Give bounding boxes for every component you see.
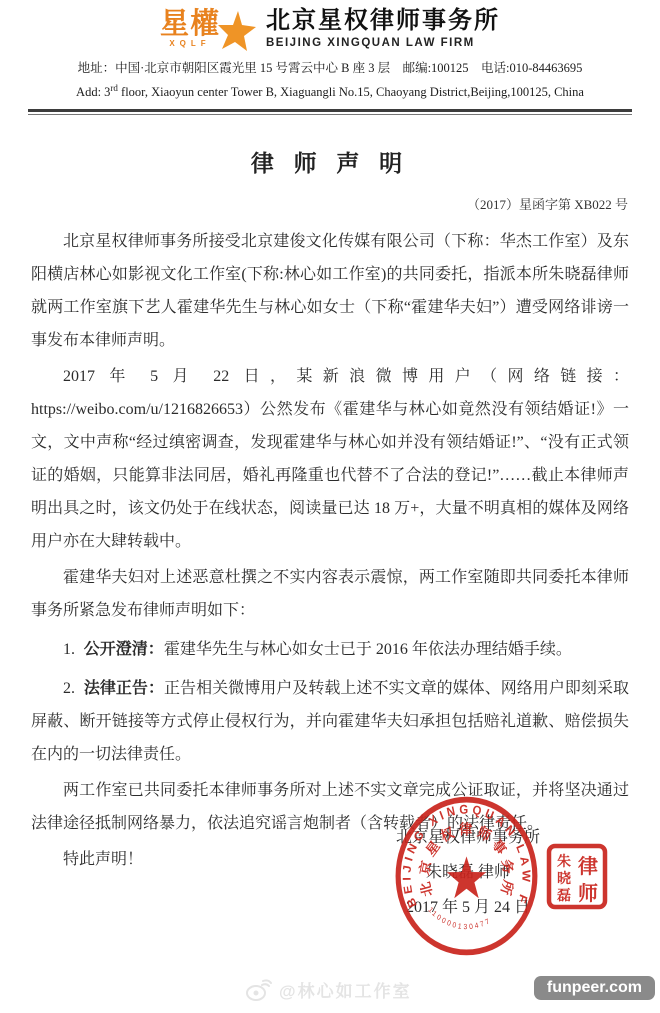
- statement-item-2: 2.法律正告：正告相关微博用户及转载上述不实文章的媒体、网络用户即刻采取屏蔽、断…: [31, 672, 629, 771]
- seal-star-icon: [447, 856, 486, 898]
- round-firm-seal: BEIJING XINGQUAN LAW FIRM 北京星权律师事务所 1100…: [394, 795, 539, 957]
- letterhead: 星權 XQLF 北京星权律师事务所 BEIJING XINGQUAN LAW F…: [0, 0, 660, 115]
- letterhead-divider: [28, 109, 632, 115]
- address-block: 地址：中国·北京市朝阳区霞光里 15 号霄云中心 B 座 3 层 邮编:1001…: [0, 58, 660, 102]
- logo-mark-text: 星權: [160, 9, 220, 39]
- seal-char: 磊: [557, 887, 571, 904]
- site-badge: funpeer.com: [534, 976, 655, 1000]
- paragraph-incident: 2017 年 5 月 22 日，某新浪微博用户（网络链接：https://wei…: [31, 360, 629, 558]
- seal-char: 晓: [557, 870, 571, 887]
- logo-mark: 星權 XQLF: [160, 9, 250, 48]
- statement-item-1: 1.公开澄清：霍建华先生与林心如女士已于 2016 年依法办理结婚手续。: [31, 633, 629, 666]
- weibo-watermark: @林心如工作室: [246, 977, 412, 1002]
- firm-name-cn: 北京星权律师事务所: [266, 7, 500, 35]
- address-line-en: Add: 3rd floor, Xiaoyun center Tower B, …: [0, 78, 660, 102]
- item-number: 2.: [63, 680, 75, 697]
- logo-mark-letters: XQLF: [160, 39, 220, 48]
- seal-char: 律: [578, 854, 598, 878]
- seal-char: 师: [578, 881, 598, 905]
- address-line-cn: 地址：中国·北京市朝阳区霞光里 15 号霄云中心 B 座 3 层 邮编:1001…: [0, 58, 660, 78]
- item-lead: 法律正告：: [84, 680, 164, 697]
- law-firm-statement-document: 星權 XQLF 北京星权律师事务所 BEIJING XINGQUAN LAW F…: [0, 0, 660, 1013]
- seal-serial-number: 110000130477: [427, 906, 493, 932]
- star-icon: [216, 9, 256, 53]
- paragraph-reaction: 霍建华夫妇对上述恶意杜撰之不实内容表示震惊，两工作室随即共同委托本律师事务所紧急…: [31, 561, 629, 627]
- item-number: 1.: [63, 641, 75, 658]
- item-text: 霍建华先生与林心如女士已于 2016 年依法办理结婚手续。: [164, 641, 572, 658]
- paragraph-commission: 北京星权律师事务所接受北京建俊文化传媒有限公司（下称：华杰工作室）及东阳横店林心…: [31, 225, 629, 357]
- document-title: 律 师 声 明: [0, 145, 660, 178]
- document-body: 北京星权律师事务所接受北京建俊文化传媒有限公司（下称：华杰工作室）及东阳横店林心…: [31, 225, 629, 876]
- firm-name-block: 北京星权律师事务所 BEIJING XINGQUAN LAW FIRM: [266, 7, 500, 49]
- seal-char: 朱: [557, 853, 571, 870]
- weibo-icon: [246, 979, 272, 1001]
- watermark-text: @林心如工作室: [279, 977, 412, 1002]
- document-ref-number: （2017）星函字第 XB022 号: [32, 194, 628, 213]
- item-lead: 公开澄清：: [84, 641, 164, 658]
- firm-logo: 星權 XQLF 北京星权律师事务所 BEIJING XINGQUAN LAW F…: [0, 7, 660, 49]
- lawyer-name-seal: 朱 晓 磊 律 师: [546, 843, 608, 910]
- firm-name-en: BEIJING XINGQUAN LAW FIRM: [266, 37, 500, 49]
